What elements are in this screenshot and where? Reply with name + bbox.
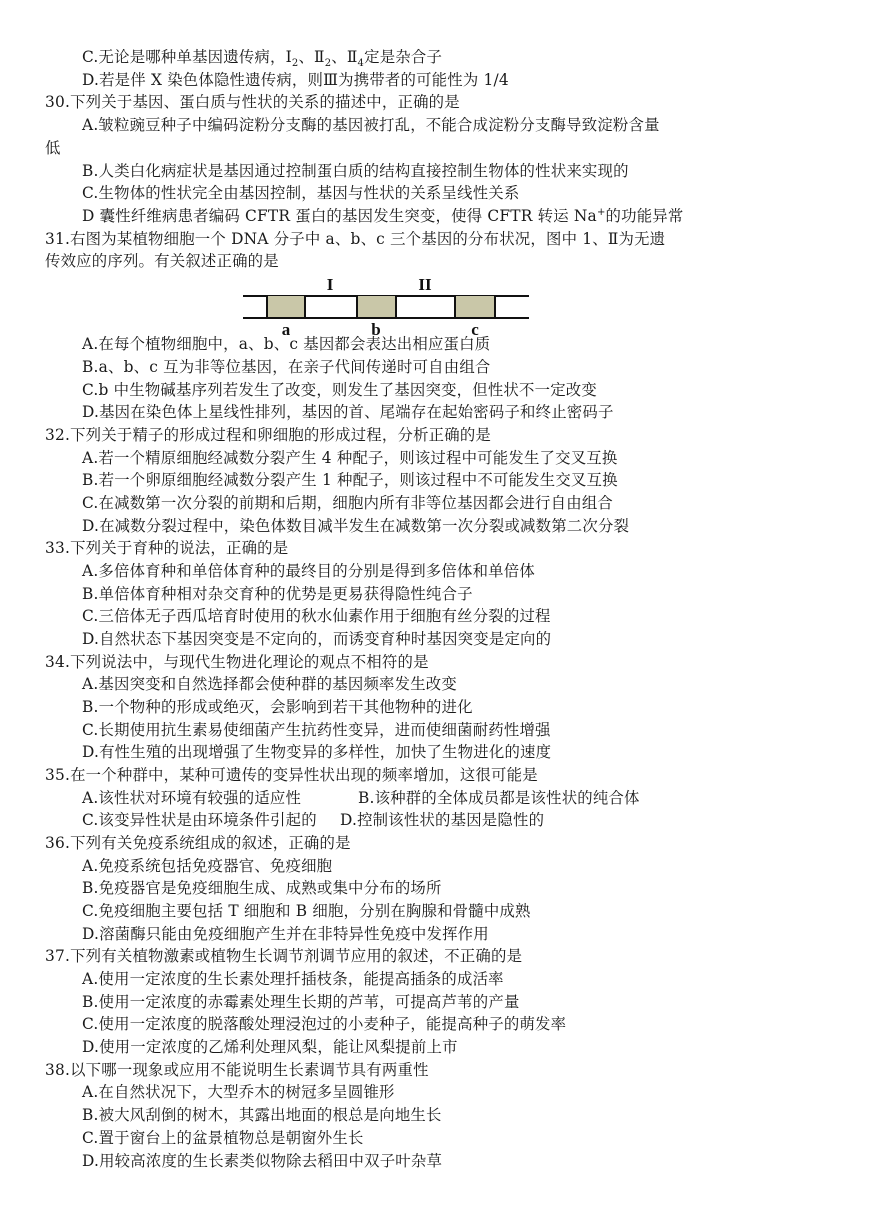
q38-option-d: D.用较高浓度的生长素类似物除去稻田中双子叶杂草 — [82, 1150, 442, 1172]
q30-d-text: D 囊性纤维病患者编码 CFTR 蛋白的基因发生突变，使得 CFTR 转运 Na — [82, 207, 597, 225]
q31-option-d: D.基因在染色体上星线性排列，基因的首、尾端存在起始密码子和终止密码子 — [82, 401, 614, 423]
q37-option-a: A.使用一定浓度的生长素处理扦插枝条，能提高插条的成活率 — [82, 968, 504, 990]
q38-option-c: C.置于窗台上的盆景植物总是朝窗外生长 — [82, 1127, 364, 1149]
q38-option-b: B.被大风刮倒的树木，其露出地面的根总是向地生长 — [82, 1104, 442, 1126]
q29-c-text-1: C.无论是哪种单基因遗传病，I — [82, 48, 292, 66]
q31-option-a: A.在每个植物细胞中，a、b、c 基因都会表达出相应蛋白质 — [82, 333, 490, 355]
q36-option-d: D.溶菌酶只能由免疫细胞产生并在非特异性免疫中发挥作用 — [82, 923, 489, 945]
q30-option-a: A.皱粒豌豆种子中编码淀粉分支酶的基因被打乱，不能合成淀粉分支酶导致淀粉含量 — [82, 114, 660, 136]
q34-option-d: D.有性生殖的出现增强了生物变异的多样性，加快了生物进化的速度 — [82, 741, 551, 763]
q32-option-a: A.若一个精原细胞经减数分裂产生 4 种配子，则该过程中可能发生了交叉互换 — [82, 447, 617, 469]
q35-option-b: B.该种群的全体成员都是该性状的纯合体 — [358, 787, 640, 809]
q30-d-text-end: 的功能异常 — [606, 207, 684, 225]
q35-option-a: A.该性状对环境有较强的适应性 — [82, 787, 301, 809]
q31-stem-line1: 31.右图为某植物细胞一个 DNA 分子中 a、b、c 三个基因的分布状况，图中… — [45, 228, 665, 250]
q35-option-c: C.该变异性状是由环境条件引起的 — [82, 809, 317, 831]
q34-stem: 34.下列说法中，与现代生物进化理论的观点不相符的是 — [45, 651, 429, 673]
q37-option-b: B.使用一定浓度的赤霉素处理生长期的芦苇，可提高芦苇的产量 — [82, 991, 520, 1013]
q33-option-b: B.单倍体育种相对杂交育种的优势是更易获得隐性纯合子 — [82, 583, 473, 605]
q30-stem: 30.下列关于基因、蛋白质与性状的关系的描述中，正确的是 — [45, 91, 460, 113]
dna-strand-bottom — [243, 317, 529, 319]
q35-option-d: D.控制该性状的基因是隐性的 — [340, 809, 544, 831]
q34-option-c: C.长期使用抗生素易使细菌产生抗药性变异，进而使细菌耐药性增强 — [82, 719, 551, 741]
q30-option-c: C.生物体的性状完全由基因控制，基因与性状的关系呈线性关系 — [82, 182, 519, 204]
q29-c-text-3: 、Ⅱ — [331, 48, 357, 66]
region-label-1: I — [320, 276, 340, 293]
q29-c-text-4: 定是杂合子 — [364, 48, 442, 66]
q32-option-b: B.若一个卵原细胞经减数分裂产生 1 种配子，则该过程中不可能发生交叉互换 — [82, 469, 618, 491]
dna-gene-diagram: I II a b c — [243, 274, 533, 340]
q33-stem: 33.下列关于育种的说法，正确的是 — [45, 537, 288, 559]
gene-a-box — [266, 296, 306, 317]
q29-option-c: C.无论是哪种单基因遗传病，I2、Ⅱ2、Ⅱ4定是杂合子 — [82, 46, 442, 68]
region-label-2: II — [415, 276, 435, 293]
q32-stem: 32.下列关于精子的形成过程和卵细胞的形成过程，分析正确的是 — [45, 424, 491, 446]
q29-c-text-2: 、Ⅱ — [298, 48, 324, 66]
gene-b-box — [356, 296, 397, 317]
q38-option-a: A.在自然状况下，大型乔木的树冠多呈圆锥形 — [82, 1081, 395, 1103]
q31-option-c: C.b 中生物碱基序列若发生了改变，则发生了基因突变，但性状不一定改变 — [82, 379, 597, 401]
q36-option-b: B.免疫器官是免疫细胞生成、成熟或集中分布的场所 — [82, 877, 442, 899]
q31-stem-line2: 传效应的序列。有关叙述正确的是 — [45, 250, 279, 272]
q33-option-c: C.三倍体无子西瓜培育时使用的秋水仙素作用于细胞有丝分裂的过程 — [82, 605, 551, 627]
q37-option-d: D.使用一定浓度的乙烯利处理风梨，能让风梨提前上市 — [82, 1036, 458, 1058]
exam-page: C.无论是哪种单基因遗传病，I2、Ⅱ2、Ⅱ4定是杂合子 D.若是伴 X 染色体隐… — [0, 0, 869, 1229]
q33-option-d: D.自然状态下基因突变是不定向的，而诱变育种时基因突变是定向的 — [82, 628, 551, 650]
q30-option-b: B.人类白化病症状是基因通过控制蛋白质的结构直接控制生物体的性状来实现的 — [82, 160, 629, 182]
q31-option-b: B.a、b、c 互为非等位基因，在亲子代间传递时可自由组合 — [82, 356, 491, 378]
q37-option-c: C.使用一定浓度的脱落酸处理浸泡过的小麦种子，能提高种子的萌发率 — [82, 1013, 566, 1035]
q30-d-superscript: + — [597, 207, 606, 218]
q36-stem: 36.下列有关免疫系统组成的叙述，正确的是 — [45, 832, 351, 854]
q34-option-b: B.一个物种的形成或绝灭，会影响到若干其他物种的进化 — [82, 696, 473, 718]
q32-option-c: C.在减数第一次分裂的前期和后期，细胞内所有非等位基因都会进行自由组合 — [82, 492, 613, 514]
q33-option-a: A.多倍体育种和单倍体育种的最终目的分别是得到多倍体和单倍体 — [82, 560, 535, 582]
q36-option-c: C.免疫细胞主要包括 T 细胞和 B 细胞，分别在胸腺和骨髓中成熟 — [82, 900, 531, 922]
q32-option-d: D.在减数分裂过程中，染色体数目减半发生在减数第一次分裂或减数第二次分裂 — [82, 515, 629, 537]
q36-option-a: A.免疫系统包括免疫器官、免疫细胞 — [82, 855, 332, 877]
q37-stem: 37.下列有关植物激素或植物生长调节剂调节应用的叙述，不正确的是 — [45, 945, 522, 967]
q30-option-a-continued: 低 — [45, 137, 61, 159]
q35-stem: 35.在一个种群中，某种可遗传的变异性状出现的频率增加，这很可能是 — [45, 764, 538, 786]
q38-stem: 38.以下哪一现象或应用不能说明生长素调节具有两重性 — [45, 1059, 429, 1081]
q34-option-a: A.基因突变和自然选择都会使种群的基因频率发生改变 — [82, 673, 457, 695]
q29-option-d: D.若是伴 X 染色体隐性遗传病，则Ⅲ为携带者的可能性为 1/4 — [82, 69, 509, 91]
q30-option-d: D 囊性纤维病患者编码 CFTR 蛋白的基因发生突变，使得 CFTR 转运 Na… — [82, 205, 684, 227]
gene-c-box — [454, 296, 496, 317]
